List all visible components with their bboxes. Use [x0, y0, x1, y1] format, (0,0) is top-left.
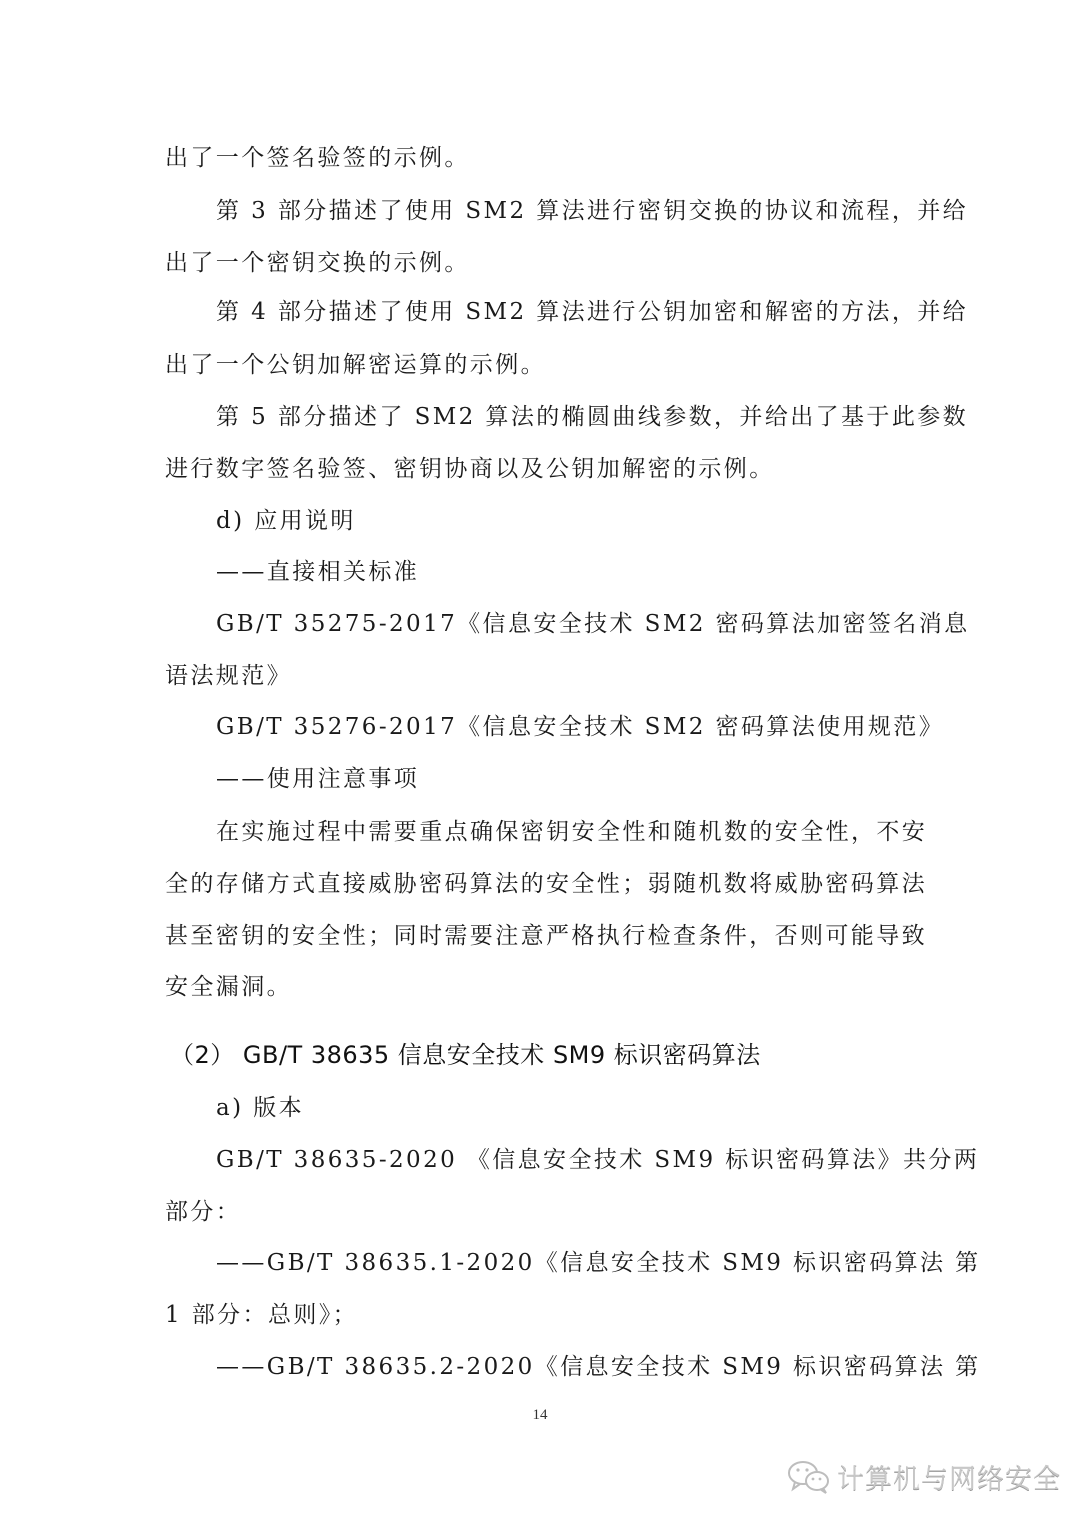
subheading-direct-standards: ——直接相关标准: [216, 557, 917, 587]
document-page: 出了一个签名验签的示例。 第 3 部分描述了使用 SM2 算法进行密钥交换的协议…: [0, 0, 1080, 1527]
standard-ref-38635-2: ——GB/T 38635.2-2020《信息安全技术 SM9 标识密码算法 第: [216, 1352, 917, 1382]
text-line: 第 4 部分描述了使用 SM2 算法进行公钥加密和解密的方法，并给: [216, 297, 917, 327]
standard-ref-35276: GB/T 35276-2017《信息安全技术 SM2 密码算法使用规范》: [216, 712, 917, 742]
text-line: 甚至密钥的安全性；同时需要注意严格执行检查条件，否则可能导致: [165, 921, 917, 951]
watermark: 计算机与网络安全: [787, 1457, 1061, 1496]
list-item-a: a) 版本: [216, 1093, 917, 1123]
watermark-text: 计算机与网络安全: [837, 1457, 1061, 1496]
text-line: 出了一个公钥加解密运算的示例。: [165, 350, 917, 380]
text-line: 在实施过程中需要重点确保密钥安全性和随机数的安全性，不安: [216, 817, 917, 847]
text-line: 第 3 部分描述了使用 SM2 算法进行密钥交换的协议和流程，并给: [216, 196, 917, 226]
text-line: 第 5 部分描述了 SM2 算法的椭圆曲线参数，并给出了基于此参数: [216, 402, 917, 432]
text-line: 全的存储方式直接威胁密码算法的安全性；弱随机数将威胁密码算法: [165, 869, 917, 899]
standard-ref-35275: GB/T 35275-2017《信息安全技术 SM2 密码算法加密签名消息: [216, 609, 917, 639]
list-item-d: d) 应用说明: [216, 506, 917, 536]
text-line: 出了一个密钥交换的示例。: [165, 248, 917, 278]
text-line: 进行数字签名验签、密钥协商以及公钥加解密的示例。: [165, 454, 917, 484]
text-line: 语法规范》: [165, 661, 917, 691]
wechat-icon: [787, 1459, 831, 1495]
text-line: 出了一个签名验签的示例。: [165, 143, 917, 173]
text-line: GB/T 38635-2020 《信息安全技术 SM9 标识密码算法》共分两: [216, 1145, 917, 1175]
text-line: 部分：: [165, 1197, 917, 1227]
text-line: 1 部分：总则》；: [165, 1300, 917, 1330]
standard-ref-38635-1: ——GB/T 38635.1-2020《信息安全技术 SM9 标识密码算法 第: [216, 1248, 917, 1278]
page-number: 14: [0, 1407, 1080, 1424]
section-heading-sm9: （2） GB/T 38635 信息安全技术 SM9 标识密码算法: [170, 1040, 761, 1070]
subheading-usage-notes: ——使用注意事项: [216, 764, 917, 794]
text-line: 安全漏洞。: [165, 972, 917, 1002]
